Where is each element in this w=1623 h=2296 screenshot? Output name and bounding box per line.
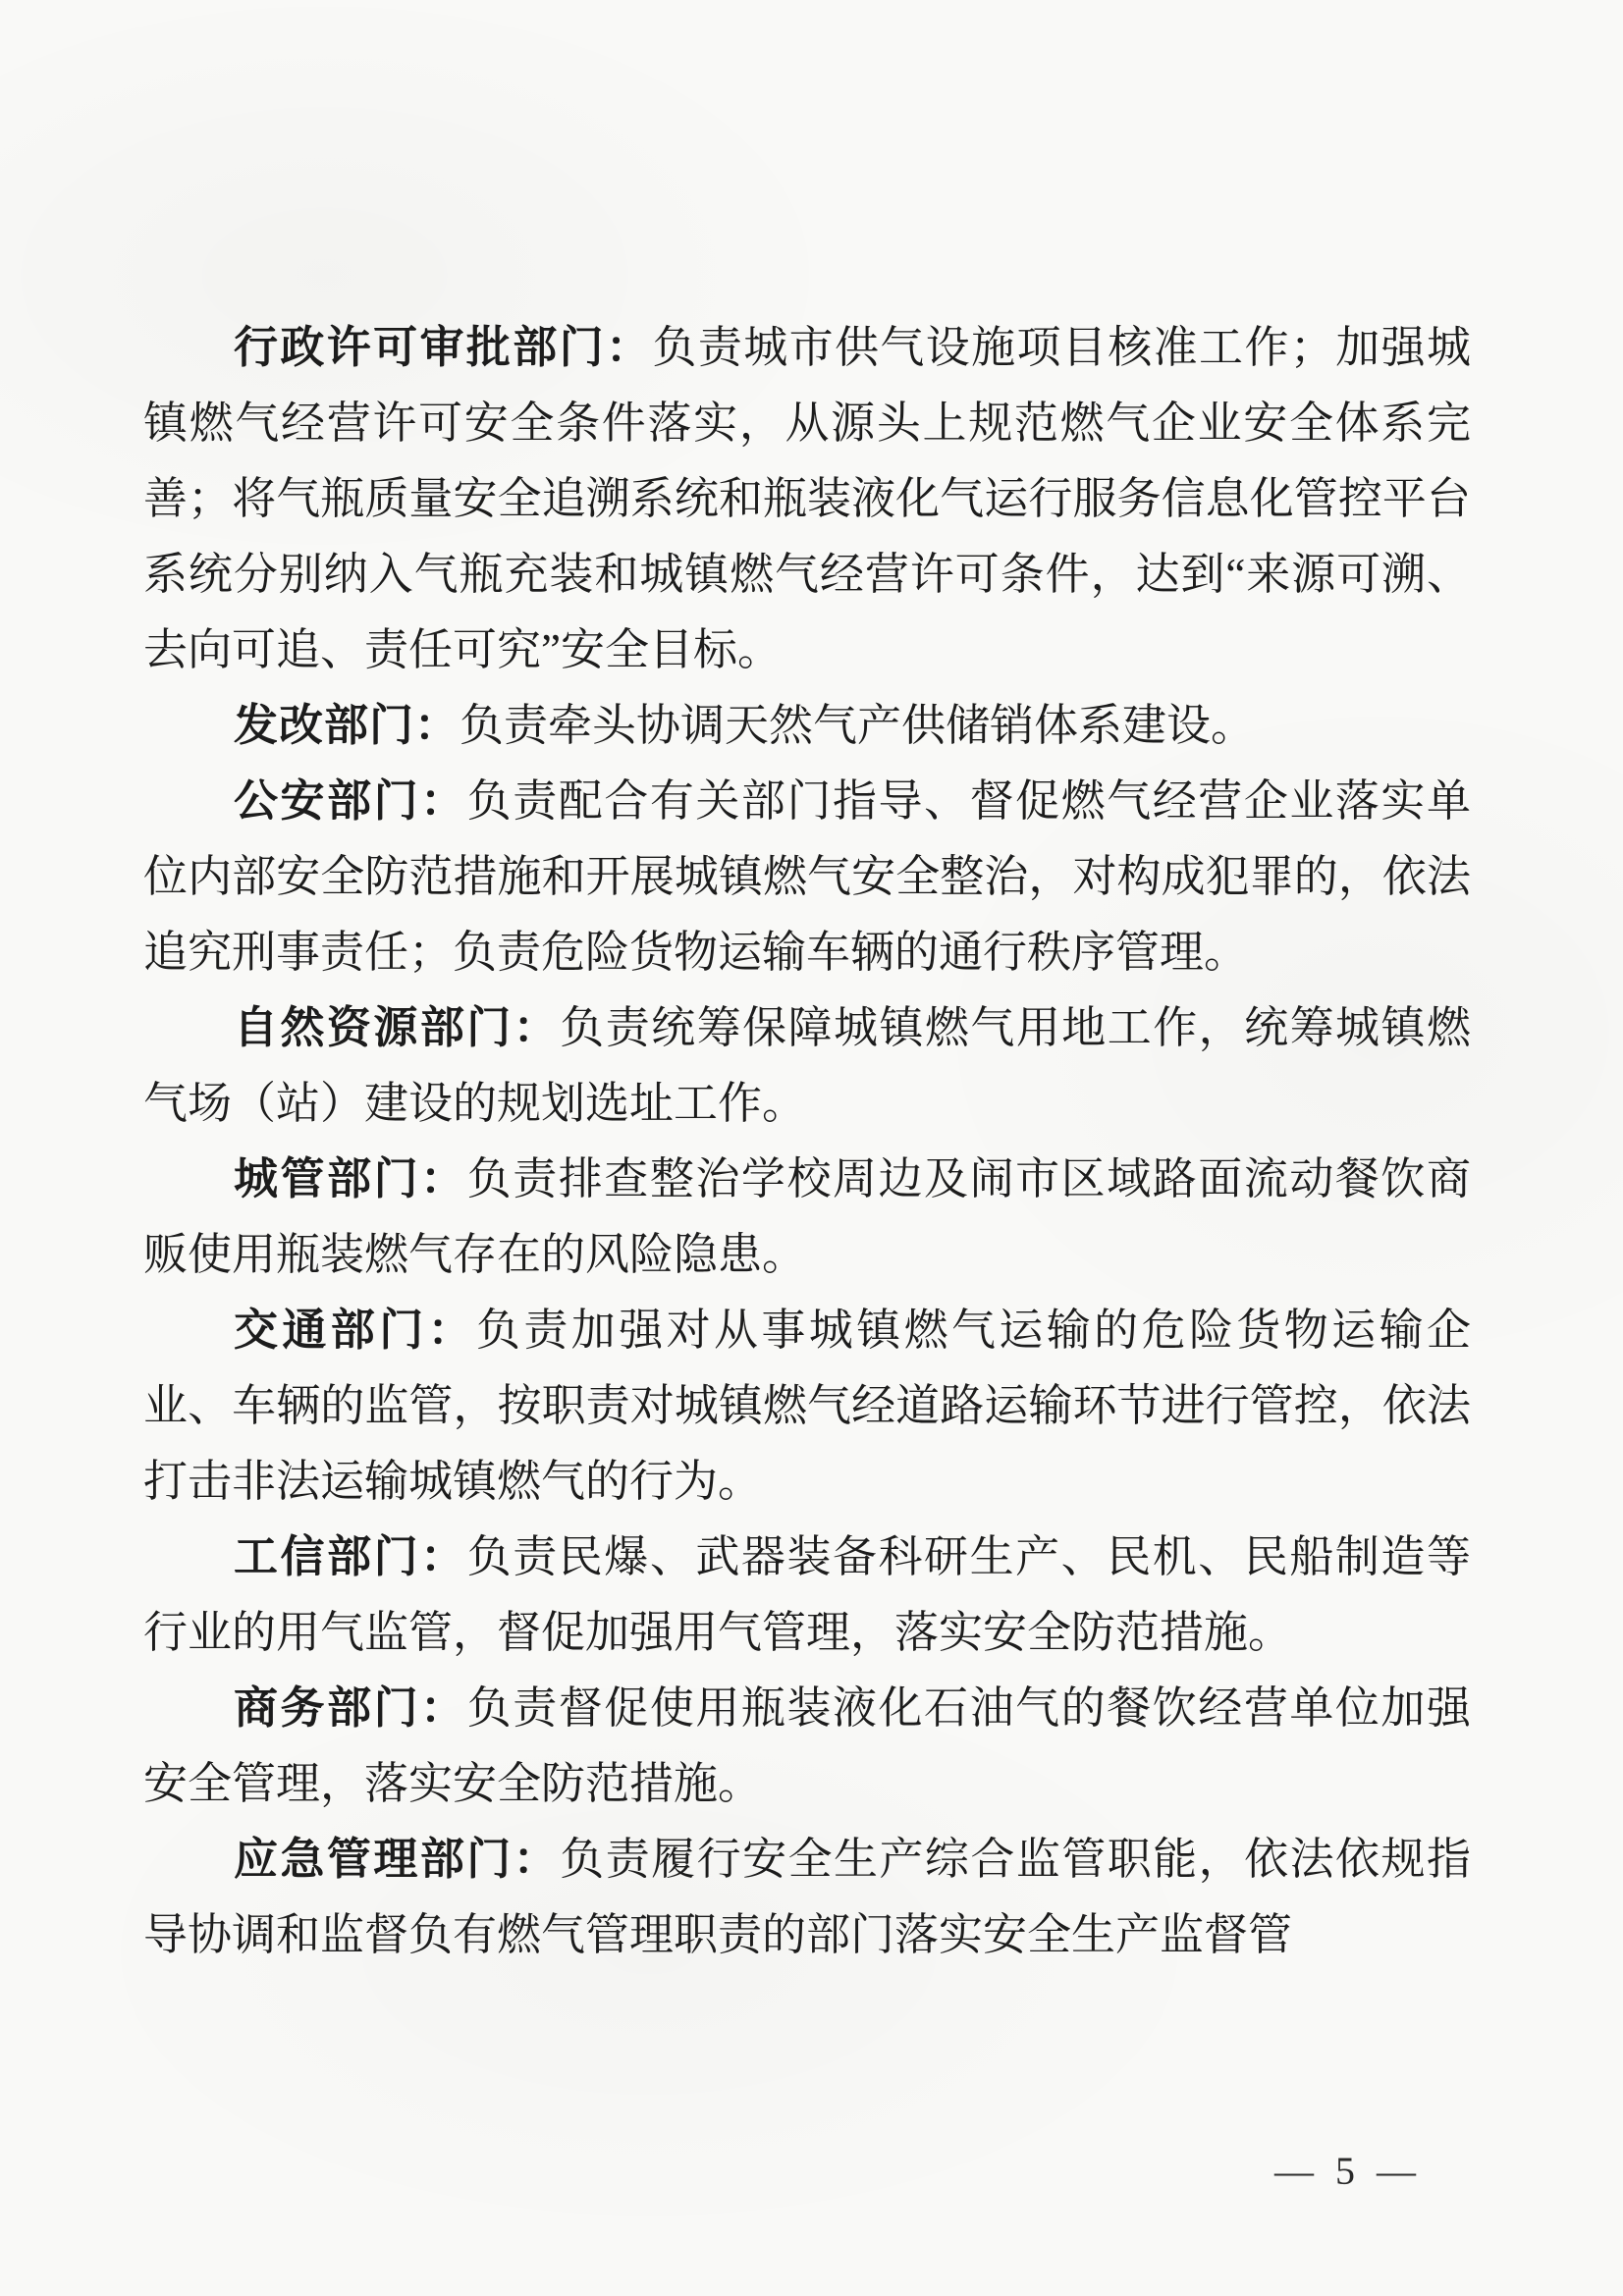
paragraph: 城管部门：负责排查整治学校周边及闹市区域路面流动餐饮商贩使用瓶装燃气存在的风险隐…	[143, 1142, 1471, 1293]
department-lead: 交通部门：	[234, 1306, 476, 1355]
paragraph: 自然资源部门：负责统筹保障城镇燃气用地工作，统筹城镇燃气场（站）建设的规划选址工…	[143, 990, 1471, 1142]
department-lead: 公安部门：	[234, 776, 467, 826]
department-lead: 工信部门：	[234, 1532, 467, 1581]
paragraph: 公安部门：负责配合有关部门指导、督促燃气经营企业落实单位内部安全防范措施和开展城…	[143, 764, 1471, 990]
department-lead: 商务部门：	[234, 1683, 467, 1733]
paragraph: 应急管理部门：负责履行安全生产综合监管职能，依法依规指导协调和监督负有燃气管理职…	[143, 1822, 1471, 1973]
paragraph: 工信部门：负责民爆、武器装备科研生产、民机、民船制造等行业的用气监管，督促加强用…	[143, 1520, 1471, 1671]
department-lead: 城管部门：	[234, 1154, 467, 1203]
paragraph: 交通部门：负责加强对从事城镇燃气运输的危险货物运输企业、车辆的监管，按职责对城镇…	[143, 1293, 1471, 1520]
department-lead: 应急管理部门：	[234, 1835, 560, 1884]
department-lead: 自然资源部门：	[234, 1003, 560, 1052]
paragraph: 商务部门：负责督促使用瓶装液化石油气的餐饮经营单位加强安全管理，落实安全防范措施…	[143, 1671, 1471, 1822]
document-text-block: 行政许可审批部门：负责城市供气设施项目核准工作；加强城镇燃气经营许可安全条件落实…	[143, 310, 1471, 1973]
department-lead: 行政许可审批部门：	[234, 323, 652, 372]
document-page: 行政许可审批部门：负责城市供气设施项目核准工作；加强城镇燃气经营许可安全条件落实…	[0, 0, 1623, 2296]
paragraph: 行政许可审批部门：负责城市供气设施项目核准工作；加强城镇燃气经营许可安全条件落实…	[143, 310, 1471, 688]
paragraph: 发改部门：负责牵头协调天然气产供储销体系建设。	[143, 688, 1471, 764]
paragraph-body: 负责城市供气设施项目核准工作；加强城镇燃气经营许可安全条件落实，从源头上规范燃气…	[143, 323, 1471, 674]
page-number: — 5 —	[1274, 2148, 1422, 2194]
department-lead: 发改部门：	[234, 701, 460, 750]
paragraph-body: 负责牵头协调天然气产供储销体系建设。	[460, 701, 1255, 750]
